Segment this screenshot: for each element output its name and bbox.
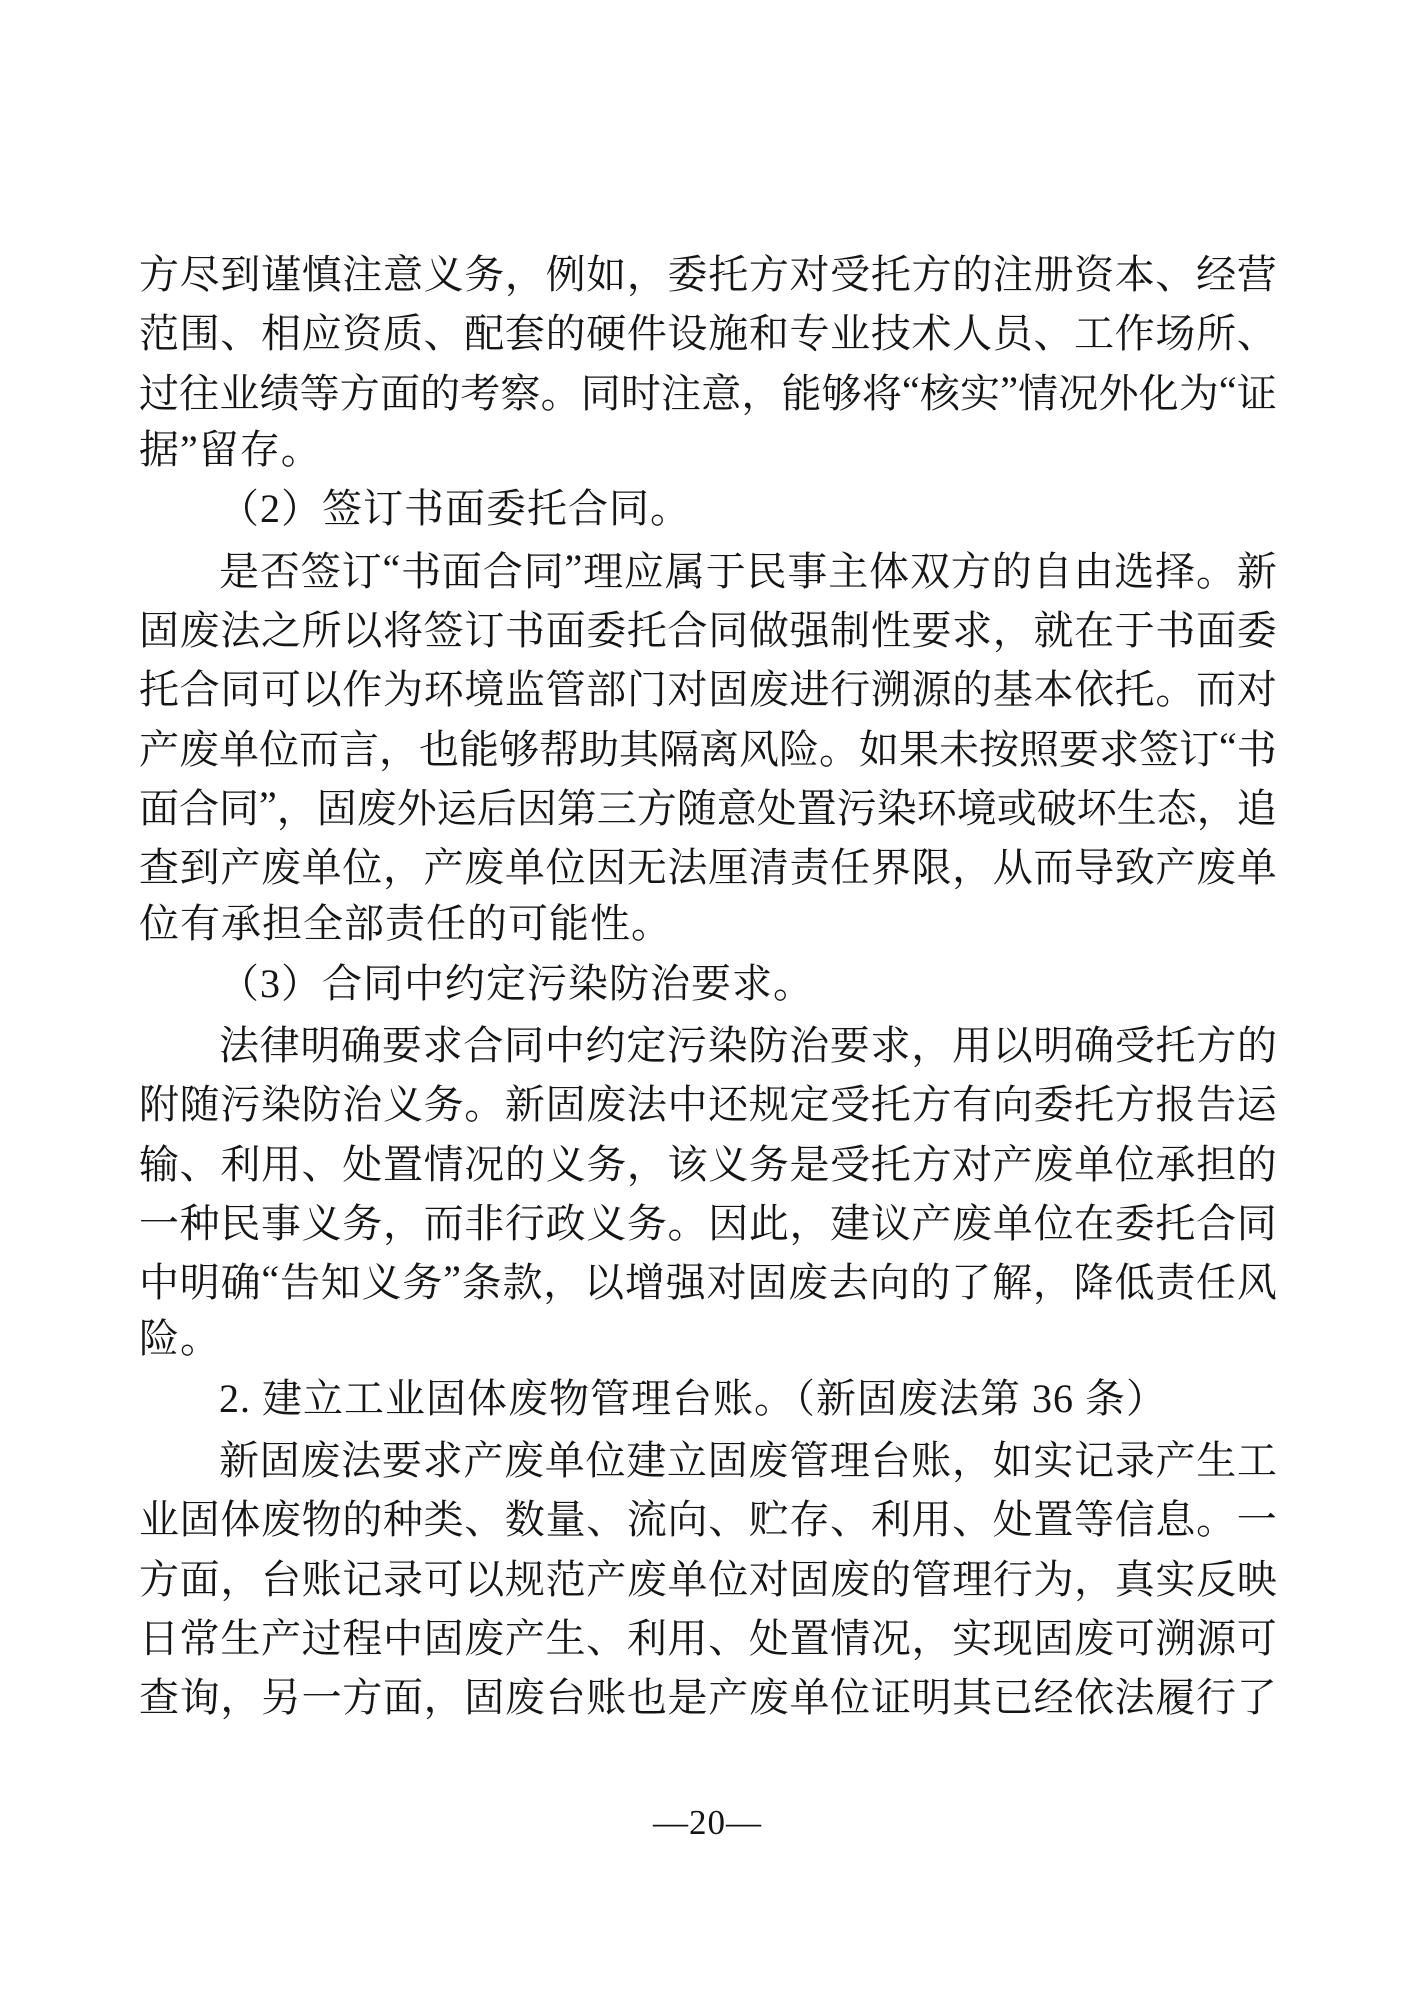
text-line: 托合同可以作为环境监管部门对固废进行溯源的基本依托。而对	[139, 657, 1277, 716]
text-line: 查到产废单位，产废单位因无法厘清责任界限，从而导致产废单	[139, 835, 1277, 894]
text-line: 面合同”，固废外运后因第三方随意处置污染环境或破坏生态，追	[139, 776, 1277, 835]
text-line: 是否签订“书面合同”理应属于民事主体双方的自由选择。新	[139, 538, 1277, 597]
paragraph: 是否签订“书面合同”理应属于民事主体双方的自由选择。新固废法之所以将签订书面委托…	[139, 538, 1277, 953]
text-line: 方面，台账记录可以规范产废单位对固废的管理行为，真实反映	[139, 1547, 1277, 1606]
text-line: （2）签订书面委托合同。	[139, 479, 1277, 538]
text-line: 法律明确要求合同中约定污染防治要求，用以明确受托方的	[139, 1013, 1277, 1072]
text-line: 位有承担全部责任的可能性。	[139, 894, 1277, 953]
text-line: 险。	[139, 1309, 1277, 1368]
text-line: 据”留存。	[139, 420, 1277, 479]
paragraph: 法律明确要求合同中约定污染防治要求，用以明确受托方的附随污染防治义务。新固废法中…	[139, 1013, 1277, 1369]
text-line: 新固废法要求产废单位建立固废管理台账，如实记录产生工	[139, 1428, 1277, 1487]
page-number: —20—	[0, 1801, 1415, 1845]
text-line: 过往业绩等方面的考察。同时注意，能够将“核实”情况外化为“证	[139, 361, 1277, 420]
text-line: 2. 建立工业固体废物管理台账。（新固废法第 36 条）	[139, 1369, 1277, 1428]
text-line: 固废法之所以将签订书面委托合同做强制性要求，就在于书面委	[139, 598, 1277, 657]
document-body: 方尽到谨慎注意义务，例如，委托方对受托方的注册资本、经营范围、相应资质、配套的硬…	[139, 242, 1277, 1724]
text-line: 一种民事义务，而非行政义务。因此，建议产废单位在委托合同	[139, 1191, 1277, 1250]
paragraph: （3）合同中约定污染防治要求。	[139, 954, 1277, 1013]
text-line: 附随污染防治义务。新固废法中还规定受托方有向委托方报告运	[139, 1072, 1277, 1131]
text-line: 业固体废物的种类、数量、流向、贮存、利用、处置等信息。一	[139, 1487, 1277, 1546]
document-page: 方尽到谨慎注意义务，例如，委托方对受托方的注册资本、经营范围、相应资质、配套的硬…	[0, 0, 1415, 2000]
text-line: 输、利用、处置情况的义务，该义务是受托方对产废单位承担的	[139, 1131, 1277, 1190]
text-line: （3）合同中约定污染防治要求。	[139, 954, 1277, 1013]
paragraph: 新固废法要求产废单位建立固废管理台账，如实记录产生工业固体废物的种类、数量、流向…	[139, 1428, 1277, 1724]
text-line: 方尽到谨慎注意义务，例如，委托方对受托方的注册资本、经营	[139, 242, 1277, 301]
paragraph: 方尽到谨慎注意义务，例如，委托方对受托方的注册资本、经营范围、相应资质、配套的硬…	[139, 242, 1277, 479]
text-line: 查询，另一方面，固废台账也是产废单位证明其已经依法履行了	[139, 1665, 1277, 1724]
text-line: 范围、相应资质、配套的硬件设施和专业技术人员、工作场所、	[139, 301, 1277, 360]
text-line: 日常生产过程中固废产生、利用、处置情况，实现固废可溯源可	[139, 1606, 1277, 1665]
paragraph: 2. 建立工业固体废物管理台账。（新固废法第 36 条）	[139, 1369, 1277, 1428]
text-line: 产废单位而言，也能够帮助其隔离风险。如果未按照要求签订“书	[139, 716, 1277, 775]
paragraph: （2）签订书面委托合同。	[139, 479, 1277, 538]
text-line: 中明确“告知义务”条款，以增强对固废去向的了解，降低责任风	[139, 1250, 1277, 1309]
